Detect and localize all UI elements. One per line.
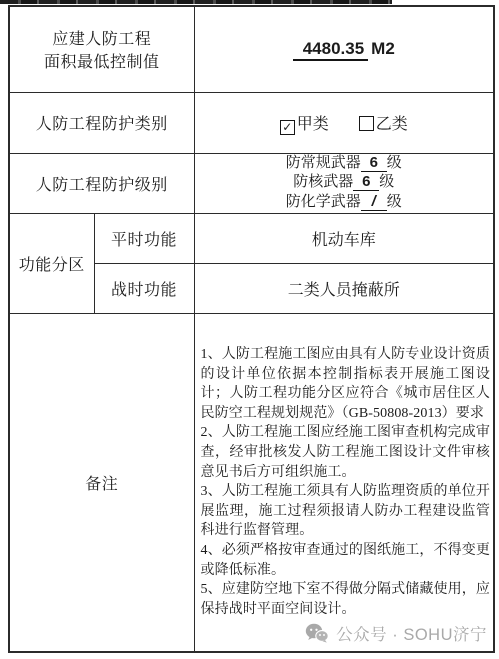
scanned-document-page: { "colors": { "border": "#2b2b2b", "text… <box>0 0 499 659</box>
control-indicator-table: 应建人防工程 面积最低控制值 4480.35M2 人防工程防护类别 ✓甲类 乙类… <box>8 5 495 653</box>
table-row-remarks: 备注 1、人防工程施工图应由具有人防专业设计资质的设计单位依据本控制指标表开展施… <box>9 313 494 652</box>
area-label-line2: 面积最低控制值 <box>44 54 160 71</box>
category-option-jia: ✓甲类 <box>280 116 329 133</box>
cropped-row-artifact <box>0 0 392 4</box>
grade-line-chemical: 防化学武器/级 <box>195 193 493 213</box>
function-zone-label-cell: 功能分区 <box>9 213 94 313</box>
watermark-text: 公众号 · SOHU济宁 <box>336 621 487 645</box>
wartime-value-cell: 二类人员掩蔽所 <box>194 263 494 313</box>
peacetime-value-cell: 机动车库 <box>194 213 494 263</box>
grade-line-chemical-suffix: 级 <box>387 194 402 210</box>
area-value: 4480.35 <box>293 39 368 61</box>
category-label-cell: 人防工程防护类别 <box>9 92 194 153</box>
table: 应建人防工程 面积最低控制值 4480.35M2 人防工程防护类别 ✓甲类 乙类… <box>8 5 495 653</box>
grade-value-cell: 防常规武器6级 防核武器6级 防化学武器/级 <box>194 153 494 213</box>
area-label-cell: 应建人防工程 面积最低控制值 <box>9 6 194 92</box>
area-label-line1: 应建人防工程 <box>52 31 151 48</box>
checkbox-checked-icon: ✓ <box>280 120 295 135</box>
wechat-icon <box>305 623 329 643</box>
table-row-category: 人防工程防护类别 ✓甲类 乙类 <box>9 92 494 153</box>
wartime-label-cell: 战时功能 <box>94 263 194 313</box>
category-value-cell: ✓甲类 乙类 <box>194 92 494 153</box>
category-option-jia-label: 甲类 <box>297 116 329 133</box>
grade-line-conventional: 防常规武器6级 <box>195 154 493 174</box>
checkbox-unchecked-icon <box>359 116 374 131</box>
category-option-yi: 乙类 <box>359 116 408 133</box>
grade-line-nuclear-suffix: 级 <box>379 174 394 190</box>
grade-line-nuclear-prefix: 防核武器 <box>293 174 353 190</box>
grade-line-chemical-value: / <box>361 194 387 211</box>
category-option-yi-label: 乙类 <box>376 116 408 133</box>
grade-line-chemical-prefix: 防化学武器 <box>286 194 361 210</box>
remark-item-2: 2、人防工程施工图应经施工图审查机构完成审查，经审批核发人防工程施工图设计文件审… <box>201 423 490 482</box>
grade-label-cell: 人防工程防护级别 <box>9 153 194 213</box>
grade-line-conventional-prefix: 防常规武器 <box>286 155 361 171</box>
remark-item-1: 1、人防工程施工图应由具有人防专业设计资质的设计单位依据本控制指标表开展施工图设… <box>201 345 490 423</box>
table-row-function-peacetime: 功能分区 平时功能 机动车库 <box>9 213 494 263</box>
peacetime-label-cell: 平时功能 <box>94 213 194 263</box>
table-row-grade: 人防工程防护级别 防常规武器6级 防核武器6级 防化学武器/级 <box>9 153 494 213</box>
grade-line-nuclear-value: 6 <box>353 174 379 191</box>
remark-item-5: 5、应建防空地下室不得做分隔式储藏使用，应保持战时平面空间设计。 <box>201 580 490 619</box>
area-unit: M2 <box>371 39 395 58</box>
table-row-area: 应建人防工程 面积最低控制值 4480.35M2 <box>9 6 494 92</box>
grade-line-nuclear: 防核武器6级 <box>195 173 493 193</box>
grade-line-conventional-suffix: 级 <box>387 155 402 171</box>
area-value-cell: 4480.35M2 <box>194 6 494 92</box>
watermark: 公众号 · SOHU济宁 <box>305 620 487 646</box>
remark-item-4: 4、必须严格按审查通过的图纸施工，不得变更或降低标准。 <box>201 541 490 580</box>
grade-line-conventional-value: 6 <box>361 155 387 172</box>
remarks-text-cell: 1、人防工程施工图应由具有人防专业设计资质的设计单位依据本控制指标表开展施工图设… <box>194 313 494 652</box>
remark-item-3: 3、人防工程施工须具有人防监理资质的单位开展监理，施工过程须报请人防办工程建设监… <box>201 482 490 541</box>
remarks-label-cell: 备注 <box>9 313 194 652</box>
